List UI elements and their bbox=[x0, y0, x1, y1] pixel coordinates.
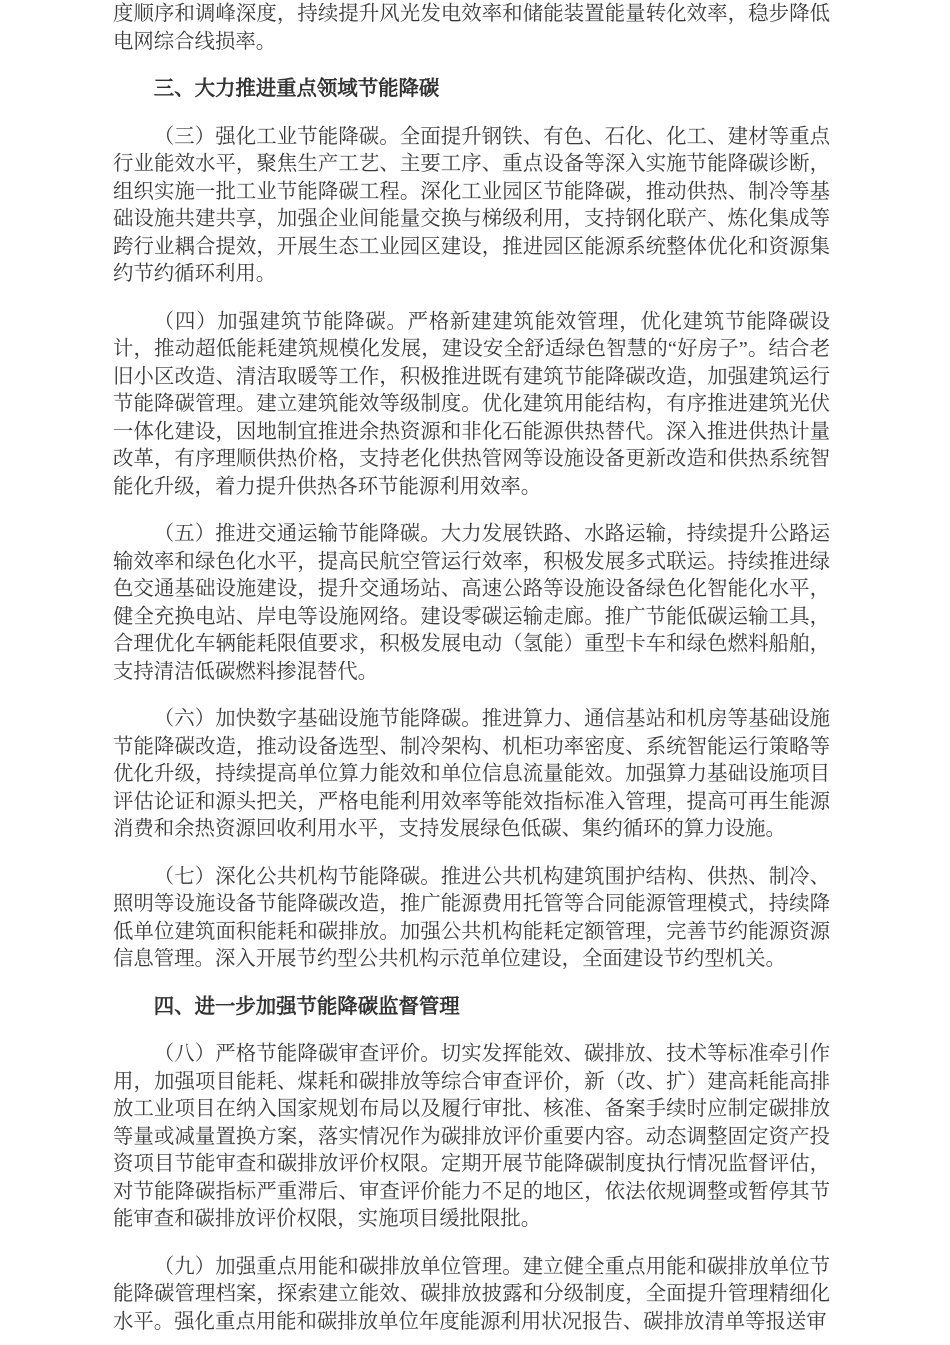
section-heading-four: 四、进一步加强节能降碳监督管理 bbox=[113, 994, 830, 1022]
section-heading-three: 三、大力推进重点领域节能降碳 bbox=[113, 76, 830, 104]
paragraph-item-three: （三）强化工业节能降碳。全面提升钢铁、有色、石化、化工、建材等重点行业能效水平，… bbox=[113, 124, 830, 289]
paragraph-item-six: （六）加快数字基础设施节能降碳。推进算力、通信基站和机房等基础设施节能降碳改造，… bbox=[113, 706, 830, 844]
paragraph-item-eight: （八）严格节能降碳审查评价。切实发挥能效、碳排放、技术等标准牵引作用，加强项目能… bbox=[113, 1041, 830, 1234]
paragraph-item-four: （四）加强建筑节能降碳。严格新建建筑能效管理，优化建筑节能降碳设计，推动超低能耗… bbox=[113, 309, 830, 502]
paragraph-item-five: （五）推进交通运输节能降碳。大力发展铁路、水路运输，持续提升公路运输效率和绿色化… bbox=[113, 521, 830, 686]
document-page: 度顺序和调峰深度，持续提升风光发电效率和储能装置能量转化效率，稳步降低电网综合线… bbox=[0, 0, 950, 1345]
paragraph-item-seven: （七）深化公共机构节能降碳。推进公共机构建筑围护结构、供热、制冷、照明等设施设备… bbox=[113, 864, 830, 974]
continued-paragraph: 度顺序和调峰深度，持续提升风光发电效率和储能装置能量转化效率，稳步降低电网综合线… bbox=[113, 1, 830, 56]
paragraph-item-nine: （九）加强重点用能和碳排放单位管理。建立健全重点用能和碳排放单位节能降碳管理档案… bbox=[113, 1254, 830, 1337]
